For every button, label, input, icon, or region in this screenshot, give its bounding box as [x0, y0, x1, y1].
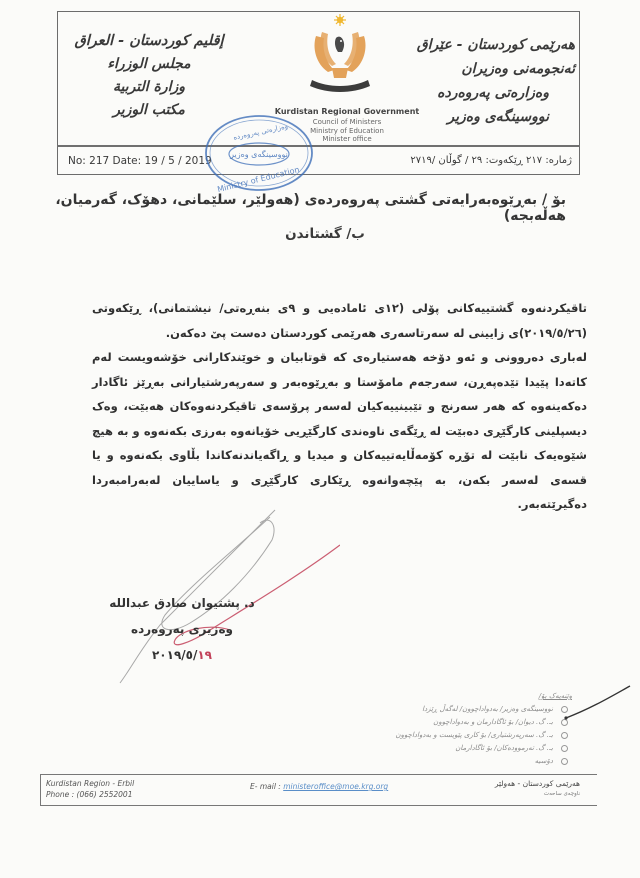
footer-location: Kurdistan Region - Erbil [46, 778, 134, 789]
bullet-icon [561, 732, 568, 739]
footer-top-rule [40, 774, 597, 775]
kurdish-letterhead: هەرێمی کوردستان - عێراق ئەنجومەنی وەزیرا… [410, 33, 575, 129]
footer-ku-location: هەرێمی کوردستان - هەولێر [495, 778, 580, 789]
checkmark-stroke-icon [562, 684, 632, 724]
subject-line: ب/ گشتاندن [0, 226, 640, 242]
letter-page: إقليم كوردستان - العراق مجلس الوزراء وزا… [0, 0, 640, 878]
arabic-letterhead: إقليم كوردستان - العراق مجلس الوزراء وزا… [60, 30, 238, 122]
footer-email-link[interactable]: ministeroffice@moe.krg.org [283, 782, 388, 791]
reference-number-kurdish: ژمارە: ٢١٧ ڕێکەوت: ٢٩ / گوڵان /٢٧١٩ [410, 155, 572, 166]
copies-heading: وێنەیەک بۆ/ [362, 690, 572, 703]
body-paragraph-2: لەباری دەروونی و ئەو دۆخە هەستیارەی کە ق… [92, 345, 587, 517]
arabic-line-council: مجلس الوزراء [60, 53, 238, 76]
kurdish-line-council: ئەنجومەنی وەزیران [410, 57, 575, 81]
signature-date-day: ١٩ [197, 648, 212, 662]
bullet-icon [561, 745, 568, 752]
footer-address-kurdish: هەرێمی کوردستان - هەولێر ناوچەی ساحەت [495, 778, 580, 800]
bullet-icon [561, 758, 568, 765]
signatory-name: د. پشتیوان صادق عبدالله [92, 596, 272, 610]
footer-address-english: Kurdistan Region - Erbil Phone : (066) 2… [46, 778, 134, 800]
footer-email-label: E- mail : [250, 782, 281, 791]
svg-text:نووسینگەی وەزیر: نووسینگەی وەزیر [229, 149, 288, 159]
footer-left-edge [40, 774, 41, 806]
copy-item: نووسینگەی وەزیر/ بەدواداچوون/ لەگەڵ ڕێزد… [362, 703, 572, 716]
krg-eagle-emblem-icon [308, 14, 372, 94]
copy-item: بـ. گ. سەرپەرشتیاری/ بۆ کاری پێویست و بە… [362, 729, 572, 742]
header-divider [57, 145, 580, 147]
kurdish-line-ministry: وەزارەتی پەروەردە [410, 81, 575, 105]
recipient-line: بۆ / بەڕێوەبەرایەتی گشتی پەروەردەی (هەول… [46, 192, 566, 224]
signature-date: ٢٠١٩/٥/١٩ [92, 648, 272, 662]
copy-item: بـ. گ. دیوان/ بۆ ئاگادارمان و بەدواداچوو… [362, 716, 572, 729]
signature-date-prefix: ٢٠١٩/٥/ [152, 648, 197, 662]
footer-ku-area: ناوچەی ساحەت [495, 789, 580, 800]
arabic-line-ministry: وزارة التربية [60, 76, 238, 99]
footer-bottom-rule [40, 805, 597, 806]
footer-phone: Phone : (066) 2552001 [46, 789, 134, 800]
letter-body: تاقیکردنەوە گشتییەکانی پۆلی (١٢ی ئامادەی… [92, 296, 587, 517]
copies-list: وێنەیەک بۆ/ نووسینگەی وەزیر/ بەدواداچوون… [362, 690, 572, 768]
ministry-stamp-icon: نووسینگەی وەزیر وەزارەتی پەروەردە Minist… [203, 112, 315, 194]
signatory-title: وەزیری پەروەردە [92, 622, 272, 636]
arabic-line-region: إقليم كوردستان - العراق [60, 30, 238, 53]
reference-number-english: No: 217 Date: 19 / 5 / 2019 [68, 155, 212, 167]
kurdish-line-region: هەرێمی کوردستان - عێراق [410, 33, 575, 57]
copy-item: بـ. گ. تەرموودەکان/ بۆ ئاگادارمان [362, 742, 572, 755]
kurdish-line-office: نووسینگەی وەزیر [410, 105, 575, 129]
body-paragraph-1: تاقیکردنەوە گشتییەکانی پۆلی (١٢ی ئامادەی… [92, 296, 587, 345]
svg-text:وەزارەتی پەروەردە: وەزارەتی پەروەردە [232, 122, 288, 141]
copy-item: دۆسیە [362, 755, 572, 768]
footer-email: E- mail : ministeroffice@moe.krg.org [250, 782, 388, 791]
